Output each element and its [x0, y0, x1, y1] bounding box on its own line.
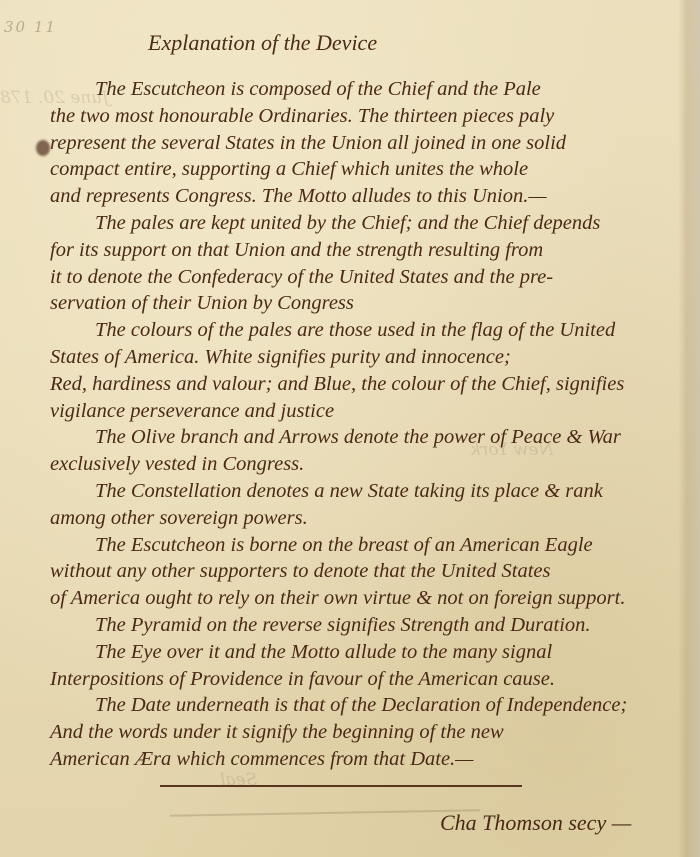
text-line: The Constellation denotes a new State ta…	[50, 478, 690, 505]
text-line: and represents Congress. The Motto allud…	[50, 183, 690, 210]
text-line: among other sovereign powers.	[50, 505, 690, 532]
text-line: the two most honourable Ordinaries. The …	[50, 103, 690, 130]
text-line: vigilance perseverance and justice	[50, 398, 690, 425]
margin-note: 30 11	[4, 18, 57, 36]
text-line: The Pyramid on the reverse signifies Str…	[50, 612, 690, 639]
text-line: of America ought to rely on their own vi…	[50, 585, 690, 612]
text-line: represent the several States in the Unio…	[50, 130, 690, 157]
text-line: without any other supporters to denote t…	[50, 558, 690, 585]
ink-blot	[36, 140, 50, 156]
document-title: Explanation of the Device	[148, 30, 377, 56]
manuscript-page: 30 11 June 20. 178 New York Seal Explana…	[0, 0, 700, 857]
text-line: compact entire, supporting a Chief which…	[50, 156, 690, 183]
text-line: Interpositions of Providence in favour o…	[50, 666, 690, 693]
signature: Cha Thomson secy —	[440, 810, 631, 836]
text-line: American Æra which commences from that D…	[50, 746, 690, 773]
bleed-through-text: Seal	[220, 770, 257, 790]
text-line: servation of their Union by Congress	[50, 290, 690, 317]
text-line: The pales are kept united by the Chief; …	[50, 210, 690, 237]
text-line: The Date underneath is that of the Decla…	[50, 692, 690, 719]
divider-rule	[160, 785, 522, 787]
text-line: The Olive branch and Arrows denote the p…	[50, 424, 690, 451]
text-line: The Eye over it and the Motto allude to …	[50, 639, 690, 666]
text-line: for its support on that Union and the st…	[50, 237, 690, 264]
text-line: And the words under it signify the begin…	[50, 719, 690, 746]
text-line: The colours of the pales are those used …	[50, 317, 690, 344]
text-line: The Escutcheon is borne on the breast of…	[50, 532, 690, 559]
document-body: The Escutcheon is composed of the Chief …	[50, 76, 690, 773]
text-line: The Escutcheon is composed of the Chief …	[50, 76, 690, 103]
text-line: it to denote the Confederacy of the Unit…	[50, 264, 690, 291]
text-line: Red, hardiness and valour; and Blue, the…	[50, 371, 690, 398]
text-line: States of America. White signifies purit…	[50, 344, 690, 371]
faint-rule	[170, 809, 480, 816]
text-line: exclusively vested in Congress.	[50, 451, 690, 478]
